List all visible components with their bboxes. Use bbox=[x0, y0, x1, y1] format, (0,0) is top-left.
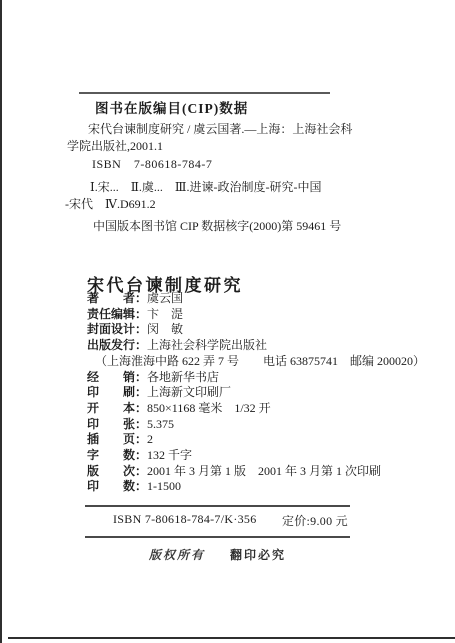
colophon-row-printer: 印 刷：上海新文印刷厂 bbox=[87, 385, 427, 401]
row-label: 字 数： bbox=[87, 448, 147, 462]
colophon-row-cover-design: 封面设计：闵 敏 bbox=[87, 322, 427, 338]
colophon-row-word-count: 字 数：132 千字 bbox=[87, 448, 427, 464]
cip-classification-line-1: Ⅰ.宋... Ⅱ.虞... Ⅲ.进谏-政治制度-研究-中国 bbox=[90, 179, 365, 196]
isbn-full: ISBN 7-80618-784-7/K·356 bbox=[113, 512, 257, 529]
cip-record-line-1: 宋代台谏制度研究 / 虞云国著.—上海：上海社会科 bbox=[88, 121, 365, 138]
row-label: 印 数： bbox=[87, 479, 147, 493]
row-label: 封面设计： bbox=[87, 322, 147, 336]
row-value: 卞 湜 bbox=[147, 307, 183, 321]
row-value: 2 bbox=[147, 432, 153, 446]
row-label: 印 刷： bbox=[87, 385, 147, 399]
cip-isbn-line: ISBN 7-80618-784-7 bbox=[92, 156, 365, 173]
row-value: 上海新文印刷厂 bbox=[147, 385, 231, 399]
colophon-row-edition: 版 次：2001 年 3 月第 1 版 2001 年 3 月第 1 次印刷 bbox=[87, 464, 427, 480]
row-label: 插 页： bbox=[87, 432, 147, 446]
row-label: 版 次： bbox=[87, 464, 147, 478]
colophon-row-distributor: 经 销：各地新华书店 bbox=[87, 370, 427, 386]
colophon-row-sheets: 印 张：5.375 bbox=[87, 417, 427, 433]
copyright-reserved-text: 版权所有 bbox=[149, 548, 205, 562]
cip-classification-line-2: -宋代 Ⅳ.D691.2 bbox=[65, 196, 365, 213]
colophon-block: 著 者：虞云国 责任编辑：卞 湜 封面设计：闵 敏 出版发行：上海社会科学院出版… bbox=[87, 291, 427, 495]
scan-edge-left bbox=[0, 0, 2, 643]
row-value: 132 千字 bbox=[147, 448, 192, 462]
colophon-row-author: 著 者：虞云国 bbox=[87, 291, 427, 307]
row-value: 上海社会科学院出版社 bbox=[147, 338, 267, 352]
cip-data-block: 图书在版编目(CIP)数据 宋代台谏制度研究 / 虞云国著.—上海：上海社会科 … bbox=[65, 100, 365, 235]
no-reprint-text: 翻印必究 bbox=[230, 548, 286, 562]
row-value: 闵 敏 bbox=[147, 322, 183, 336]
row-value: 5.375 bbox=[147, 417, 174, 431]
colophon-row-managing-editor: 责任编辑：卞 湜 bbox=[87, 307, 427, 323]
row-label: 责任编辑： bbox=[87, 307, 147, 321]
colophon-row-print-run: 印 数：1-1500 bbox=[87, 479, 427, 495]
price-bar-bottom-rule bbox=[85, 536, 350, 538]
cip-top-rule bbox=[79, 92, 330, 94]
copyright-notice: 版权所有 翻印必究 bbox=[85, 546, 350, 563]
price-bar-top-rule bbox=[85, 505, 350, 507]
row-label: 印 张： bbox=[87, 417, 147, 431]
row-value: 2001 年 3 月第 1 版 2001 年 3 月第 1 次印刷 bbox=[147, 464, 381, 478]
row-label: 经 销： bbox=[87, 370, 147, 384]
colophon-row-format: 开 本：850×1168 毫米 1/32 开 bbox=[87, 401, 427, 417]
colophon-row-inserts: 插 页：2 bbox=[87, 432, 427, 448]
cip-registry-line: 中国版本图书馆 CIP 数据核字(2000)第 59461 号 bbox=[93, 218, 365, 235]
price-bar: ISBN 7-80618-784-7/K·356 定价:9.00 元 bbox=[85, 512, 350, 529]
cip-heading: 图书在版编目(CIP)数据 bbox=[95, 100, 365, 117]
publisher-address: （上海淮海中路 622 弄 7 号 电话 63875741 邮编 200020） bbox=[95, 354, 427, 370]
row-value: 虞云国 bbox=[147, 291, 183, 305]
scan-edge-bottom bbox=[8, 637, 455, 639]
row-value: 850×1168 毫米 1/32 开 bbox=[147, 401, 271, 415]
colophon-row-publisher: 出版发行：上海社会科学院出版社 bbox=[87, 338, 427, 354]
row-label: 开 本： bbox=[87, 401, 147, 415]
row-label: 著 者： bbox=[87, 291, 147, 305]
row-label: 出版发行： bbox=[87, 338, 147, 352]
row-value: 1-1500 bbox=[147, 479, 181, 493]
row-value: 各地新华书店 bbox=[147, 370, 219, 384]
cip-record-line-2: 学院出版社,2001.1 bbox=[67, 138, 365, 155]
price: 定价:9.00 元 bbox=[282, 512, 348, 529]
